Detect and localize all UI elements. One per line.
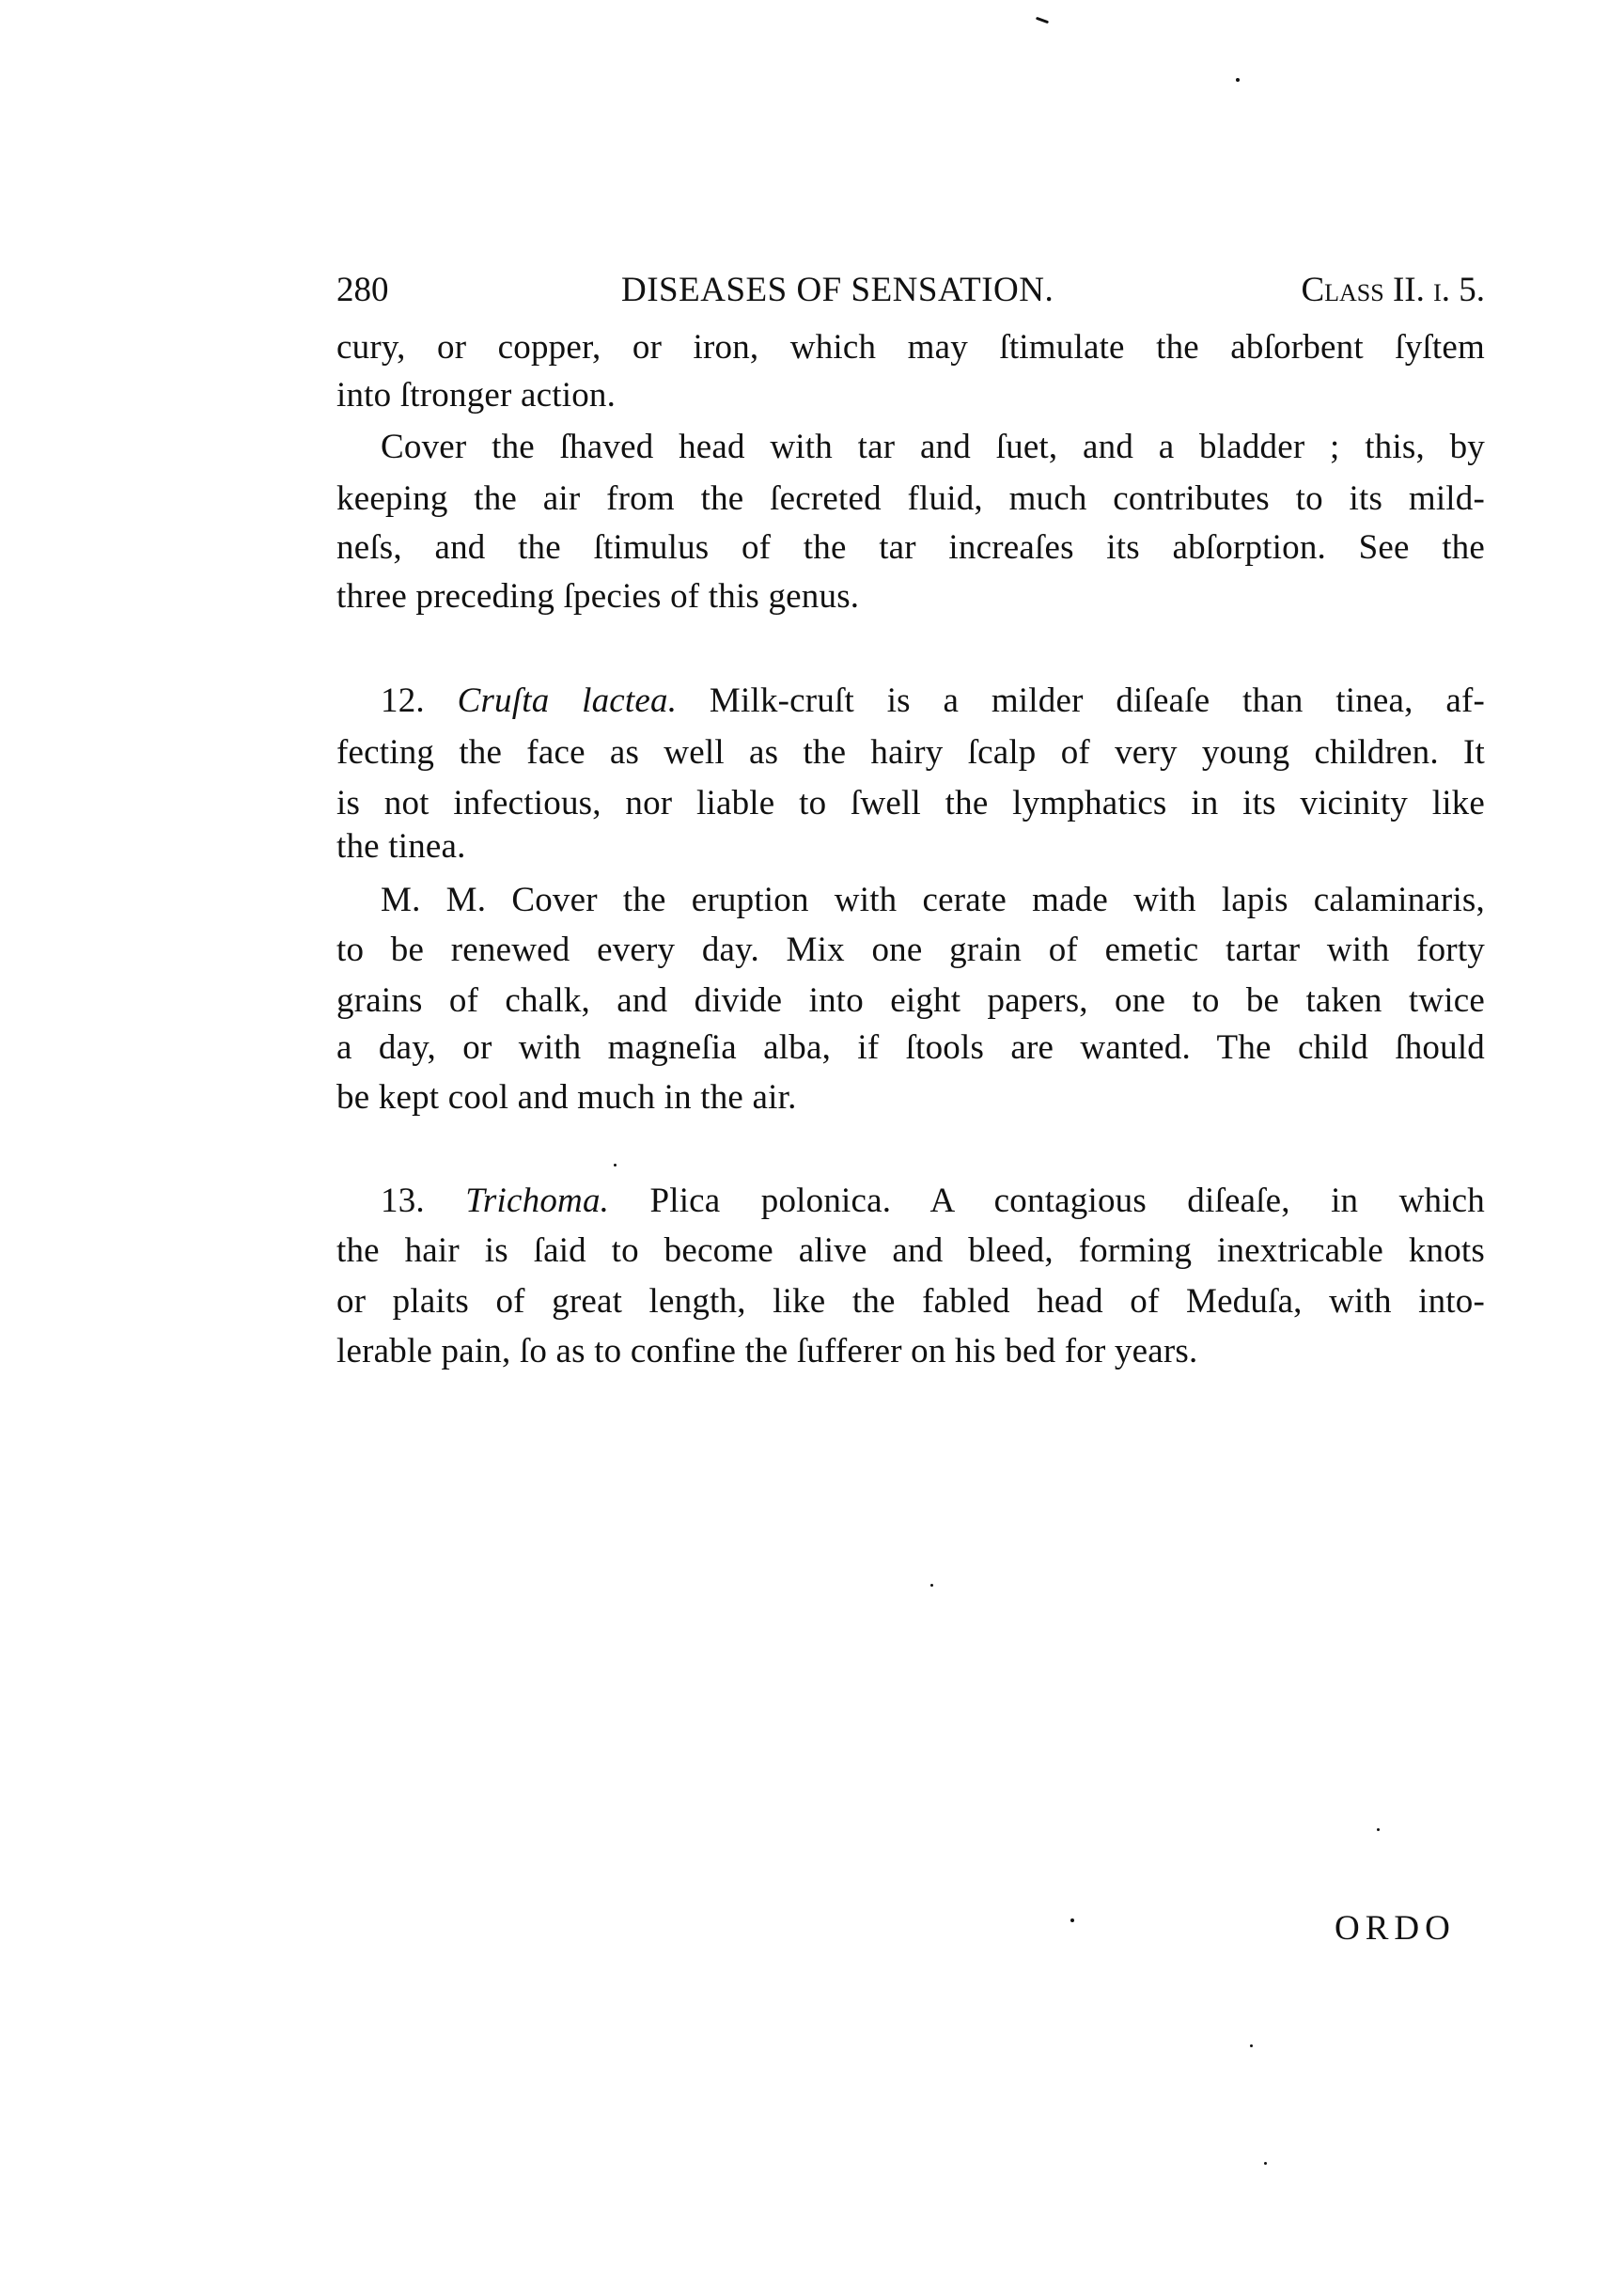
- class-reference: Claſs II. i. 5.: [1301, 270, 1485, 311]
- text-line: be kept cool and much in the air.: [336, 1077, 1485, 1119]
- text-line: Cover the ſhaved head with tar and ſuet,…: [381, 427, 1485, 468]
- running-header: 280 DISEASES OF SENSATION. Claſs II. i. …: [336, 270, 1485, 311]
- running-title: DISEASES OF SENSATION.: [621, 270, 1054, 311]
- text-line: grains of chalk, and divide into eight p…: [336, 980, 1485, 1022]
- scan-speck: [1236, 78, 1240, 82]
- scan-speck: [1377, 1828, 1380, 1831]
- item-12-first-line: 12. Cruſta lactea. Milk-cruſt is a milde…: [381, 681, 1485, 722]
- text-line: three preceding ſpecies of this genus.: [336, 576, 1485, 618]
- item-number: 12.: [381, 681, 425, 720]
- scan-speck: [930, 1584, 933, 1587]
- text-line: lerable pain, ſo as to confine the ſuffe…: [336, 1331, 1485, 1372]
- page-number: 280: [336, 270, 389, 311]
- item-number: 13.: [381, 1182, 425, 1220]
- item-13-first-line: 13. Trichoma. Plica polonica. A contagio…: [381, 1181, 1485, 1222]
- scan-speck: [1250, 2044, 1253, 2047]
- text-line: fecting the face as well as the hairy ſc…: [336, 732, 1485, 774]
- book-page: 280 DISEASES OF SENSATION. Claſs II. i. …: [0, 0, 1624, 2286]
- text-run: Milk-cruſt is a milder diſeaſe than tine…: [710, 681, 1485, 720]
- catchword: ORDO: [1335, 1908, 1456, 1949]
- scan-speck: [614, 1164, 617, 1166]
- text-line: M. M. Cover the eruption with cerate mad…: [381, 880, 1485, 921]
- text-line: the tinea.: [336, 826, 1485, 868]
- text-run: Plica polonica. A contagious diſeaſe, in…: [649, 1182, 1485, 1220]
- text-line: keeping the air from the ſecreted fluid,…: [336, 478, 1485, 520]
- latin-name: Cruſta lactea.: [458, 681, 678, 720]
- text-line: the hair is ſaid to become alive and ble…: [336, 1230, 1485, 1272]
- scan-speck: [1036, 17, 1049, 24]
- text-line: a day, or with magneſia alba, if ſtools …: [336, 1027, 1485, 1069]
- text-line: is not infectious, nor liable to ſwell t…: [336, 783, 1485, 824]
- scan-speck: [1264, 2162, 1267, 2165]
- text-line: or plaits of great length, like the fabl…: [336, 1281, 1485, 1323]
- text-line: cury, or copper, or iron, which may ſtim…: [336, 327, 1485, 368]
- scan-speck: [1070, 1918, 1074, 1922]
- text-line: neſs, and the ſtimulus of the tar increa…: [336, 527, 1485, 569]
- text-line: to be renewed every day. Mix one grain o…: [336, 930, 1485, 971]
- text-line: into ſtronger action.: [336, 375, 1485, 416]
- latin-name: Trichoma.: [465, 1182, 609, 1220]
